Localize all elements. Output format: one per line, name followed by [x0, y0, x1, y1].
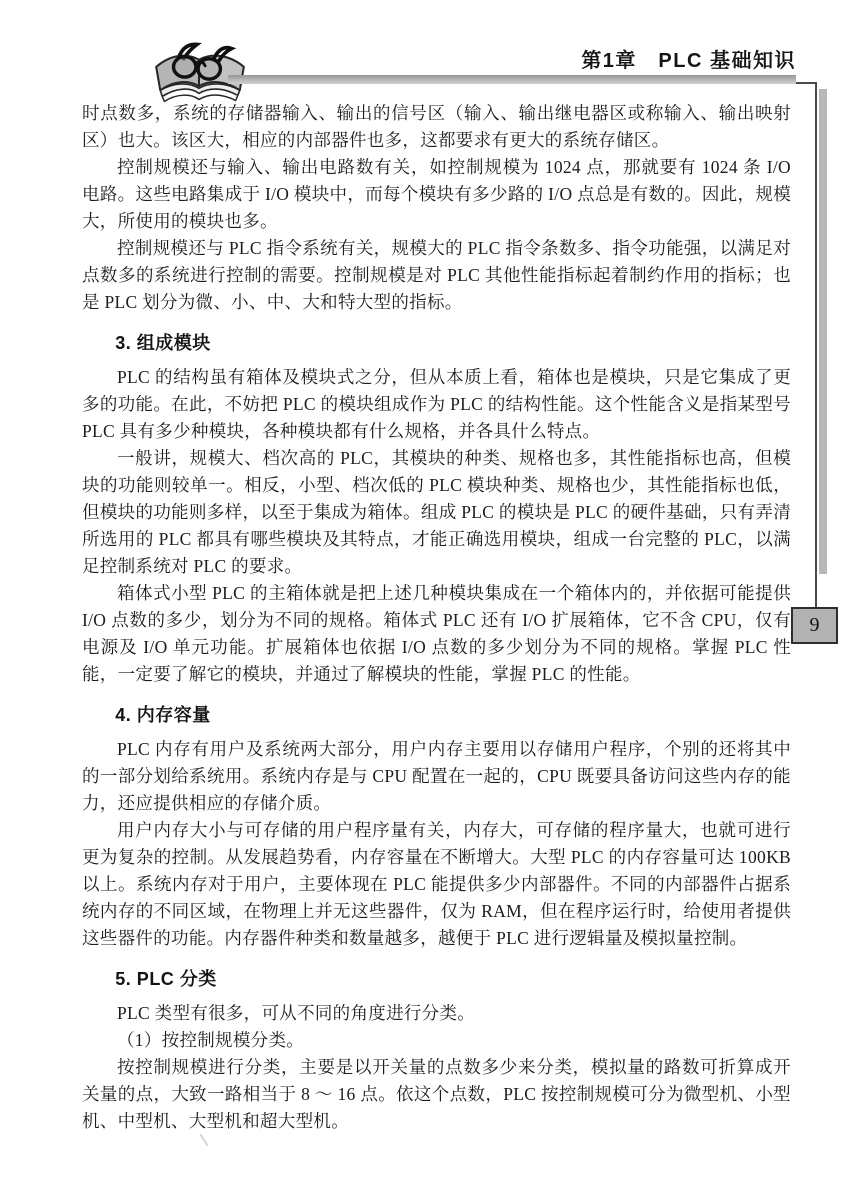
book-page: 第1章 PLC 基础知识 9 时点数多，系统的存储器输入、输出的信号区（输入、输… [0, 0, 848, 1195]
header-rule [228, 75, 796, 84]
book-glasses-icon [146, 38, 252, 108]
paragraph: （1）按控制规模分类。 [82, 1027, 791, 1054]
section-heading-memory: 4. 内存容量 [82, 702, 791, 729]
paragraph: 控制规模还与 PLC 指令系统有关，规模大的 PLC 指令条数多、指令功能强，以… [82, 235, 791, 316]
scan-artifact-mark [199, 1134, 208, 1147]
section-heading-modules: 3. 组成模块 [82, 330, 791, 357]
paragraph: 一般讲，规模大、档次高的 PLC，其模块的种类、规格也多，其性能指标也高，但模块… [82, 445, 791, 580]
paragraph: PLC 类型有很多，可从不同的角度进行分类。 [82, 1000, 791, 1027]
body-text: 时点数多，系统的存储器输入、输出的信号区（输入、输出继电器区或称输入、输出映射区… [82, 100, 791, 1135]
paragraph: 箱体式小型 PLC 的主箱体就是把上述几种模块集成在一个箱体内的，并依据可能提供… [82, 580, 791, 688]
paragraph: PLC 内存有用户及系统两大部分，用户内存主要用以存储用户程序，个别的还将其中的… [82, 736, 791, 817]
rail-shadow-bar [819, 89, 827, 574]
page-number-badge: 9 [791, 607, 838, 644]
rail-vertical-line [815, 82, 817, 609]
paragraph: 按控制规模进行分类，主要是以开关量的点数多少来分类，模拟量的路数可折算成开关量的… [82, 1054, 791, 1135]
paragraph: PLC 的结构虽有箱体及模块式之分，但从本质上看，箱体也是模块，只是它集成了更多… [82, 364, 791, 445]
paragraph: 时点数多，系统的存储器输入、输出的信号区（输入、输出继电器区或称输入、输出映射区… [82, 100, 791, 154]
section-heading-classification: 5. PLC 分类 [82, 966, 791, 993]
chapter-title: 第1章 PLC 基础知识 [581, 44, 796, 73]
rail-connector-line [796, 82, 817, 84]
paragraph: 用户内存大小与可存储的用户程序量有关，内存大，可存储的程序量大，也就可进行更为复… [82, 817, 791, 952]
paragraph: 控制规模还与输入、输出电路数有关，如控制规模为 1024 点，那就要有 1024… [82, 154, 791, 235]
